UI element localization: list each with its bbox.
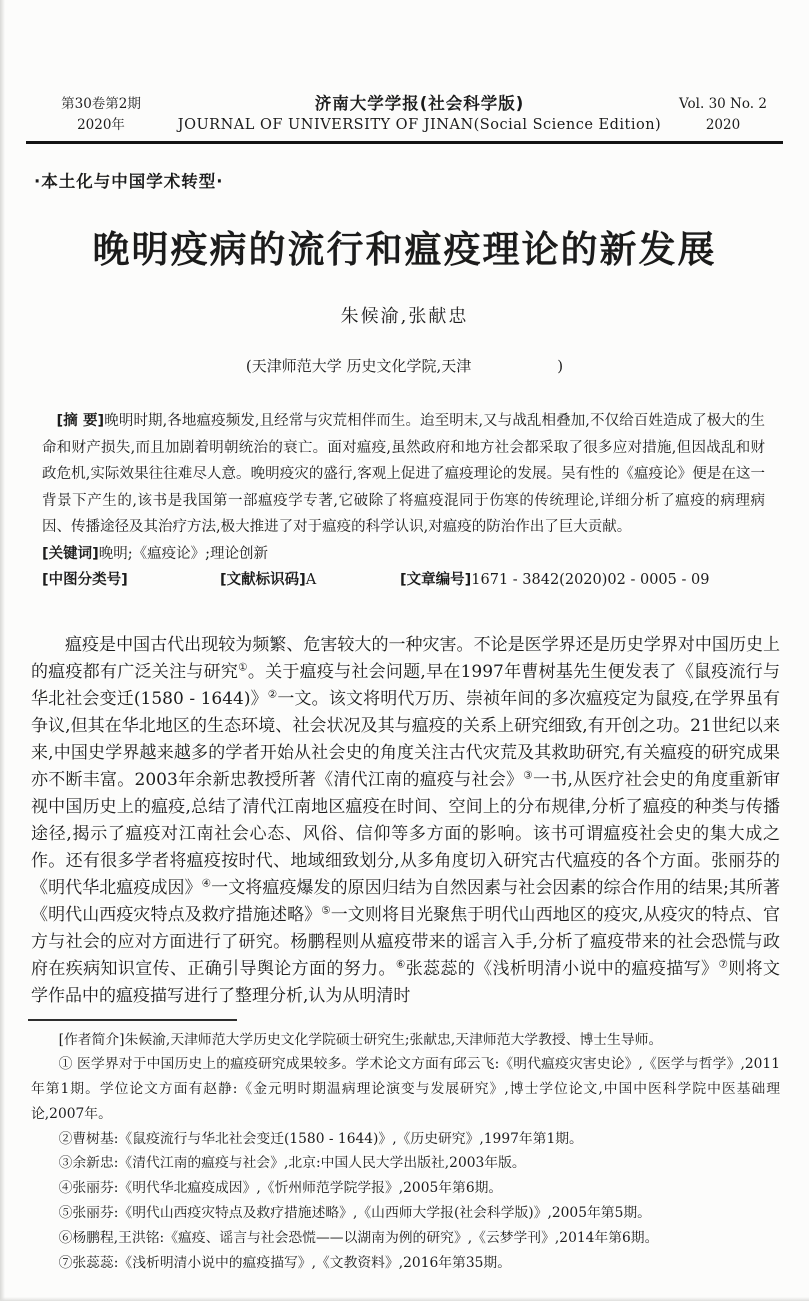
affiliation-close-paren: ) (557, 357, 563, 375)
article-id-label: [文章编号] (400, 572, 471, 588)
article-authors: 朱候渝,张献忠 (0, 302, 809, 328)
header-rule (26, 141, 783, 144)
footnote-item: ⑦张蕊蕊:《浅析明清小说中的瘟疫描写》,《文教资料》,2016年第35期。 (31, 1251, 780, 1276)
clc-label: [中图分类号] (42, 572, 128, 588)
abstract-content: 晚明时期,各地瘟疫频发,且经常与灾荒相伴而生。迨至明末,又与战乱相叠加,不仅给百… (42, 413, 765, 535)
classification-line: [中图分类号] [文献标识码]A [文章编号]1671 - 3842(2020)… (42, 567, 765, 594)
article-title: 晚明疫病的流行和瘟疫理论的新发展 (0, 219, 809, 273)
abstract-text: [摘 要]晚明时期,各地瘟疫频发,且经常与灾荒相伴而生。迨至明末,又与战乱相叠加… (42, 408, 765, 541)
scan-edge-artifact (0, 0, 5, 1301)
article-id-value: 1671 - 3842(2020)02 - 0005 - 09 (471, 572, 709, 588)
journal-name-en: JOURNAL OF UNIVERSITY OF JINAN(Social Sc… (176, 115, 663, 136)
author-bio: [作者简介]朱候渝,天津师范大学历史文化学院硕士研究生;张献忠,天津师范大学教授… (31, 1028, 780, 1053)
doc-code-group: [文献标识码]A (220, 567, 400, 594)
header-issue-info: 第30卷第2期 2020年 (26, 94, 176, 136)
footnote-item: ⑤张丽芬:《明代山西疫灾特点及救疗措施述略》,《山西师大学报(社会科学版)》,2… (31, 1201, 780, 1226)
footnote-item: ④张丽芬:《明代华北瘟疫成因》,《忻州师范学院学报》,2005年第6期。 (31, 1176, 780, 1201)
vol-no-en: Vol. 30 No. 2 (663, 94, 783, 115)
abstract-block: [摘 要]晚明时期,各地瘟疫频发,且经常与灾荒相伴而生。迨至明末,又与战乱相叠加… (42, 408, 765, 594)
doc-code-label: [文献标识码] (220, 572, 306, 588)
footnotes: [作者简介]朱候渝,天津师范大学历史文化学院硕士研究生;张献忠,天津师范大学教授… (31, 1028, 780, 1276)
scan-edge-artifact (0, 1297, 809, 1301)
year-en: 2020 (663, 115, 783, 136)
footnote-item: ③余新忠:《清代江南的瘟疫与社会》,北京:中国人民大学出版社,2003年版。 (31, 1151, 780, 1176)
doc-code-value: A (306, 572, 316, 588)
keywords-line: [关键词]晚明;《瘟疫论》;理论创新 (42, 541, 765, 568)
header-vol-info: Vol. 30 No. 2 2020 (663, 94, 783, 136)
journal-page: 第30卷第2期 2020年 济南大学学报(社会科学版) JOURNAL OF U… (0, 0, 809, 1301)
keywords-label: [关键词] (42, 546, 99, 562)
volume-issue-cn: 第30卷第2期 (26, 94, 176, 115)
footnote-item: ⑥杨鹏程,王洪铭:《瘟疫、谣言与社会恐慌——以湖南为例的研究》,《云梦学刊》,2… (31, 1226, 780, 1251)
article-id-group: [文章编号]1671 - 3842(2020)02 - 0005 - 09 (400, 567, 709, 594)
footnote-divider (28, 1019, 237, 1021)
clc-group: [中图分类号] (42, 567, 220, 594)
footnote-item: ① 医学界对于中国历史上的瘟疫研究成果较多。学术论文方面有邱云飞:《明代瘟疫灾害… (31, 1052, 780, 1126)
year-cn: 2020年 (26, 115, 176, 136)
abstract-label: [摘 要] (57, 413, 105, 429)
journal-name: 济南大学学报(社会科学版) JOURNAL OF UNIVERSITY OF J… (176, 93, 663, 136)
journal-header: 第30卷第2期 2020年 济南大学学报(社会科学版) JOURNAL OF U… (0, 0, 809, 136)
journal-name-cn: 济南大学学报(社会科学版) (176, 93, 663, 115)
article-affiliation: (天津师范大学 历史文化学院,天津) (0, 355, 809, 376)
keywords-content: 晚明;《瘟疫论》;理论创新 (99, 546, 268, 562)
footnote-item: ②曹树基:《鼠疫流行与华北社会变迁(1580 - 1644)》,《历史研究》,1… (31, 1127, 780, 1152)
body-paragraph: 瘟疫是中国古代出现较为频繁、危害较大的一种灾害。不论是医学界还是历史学界对中国历… (31, 632, 780, 1010)
affiliation-text: (天津师范大学 历史文化学院,天津 (246, 357, 471, 375)
column-label: ·本土化与中国学术转型· (34, 168, 809, 192)
